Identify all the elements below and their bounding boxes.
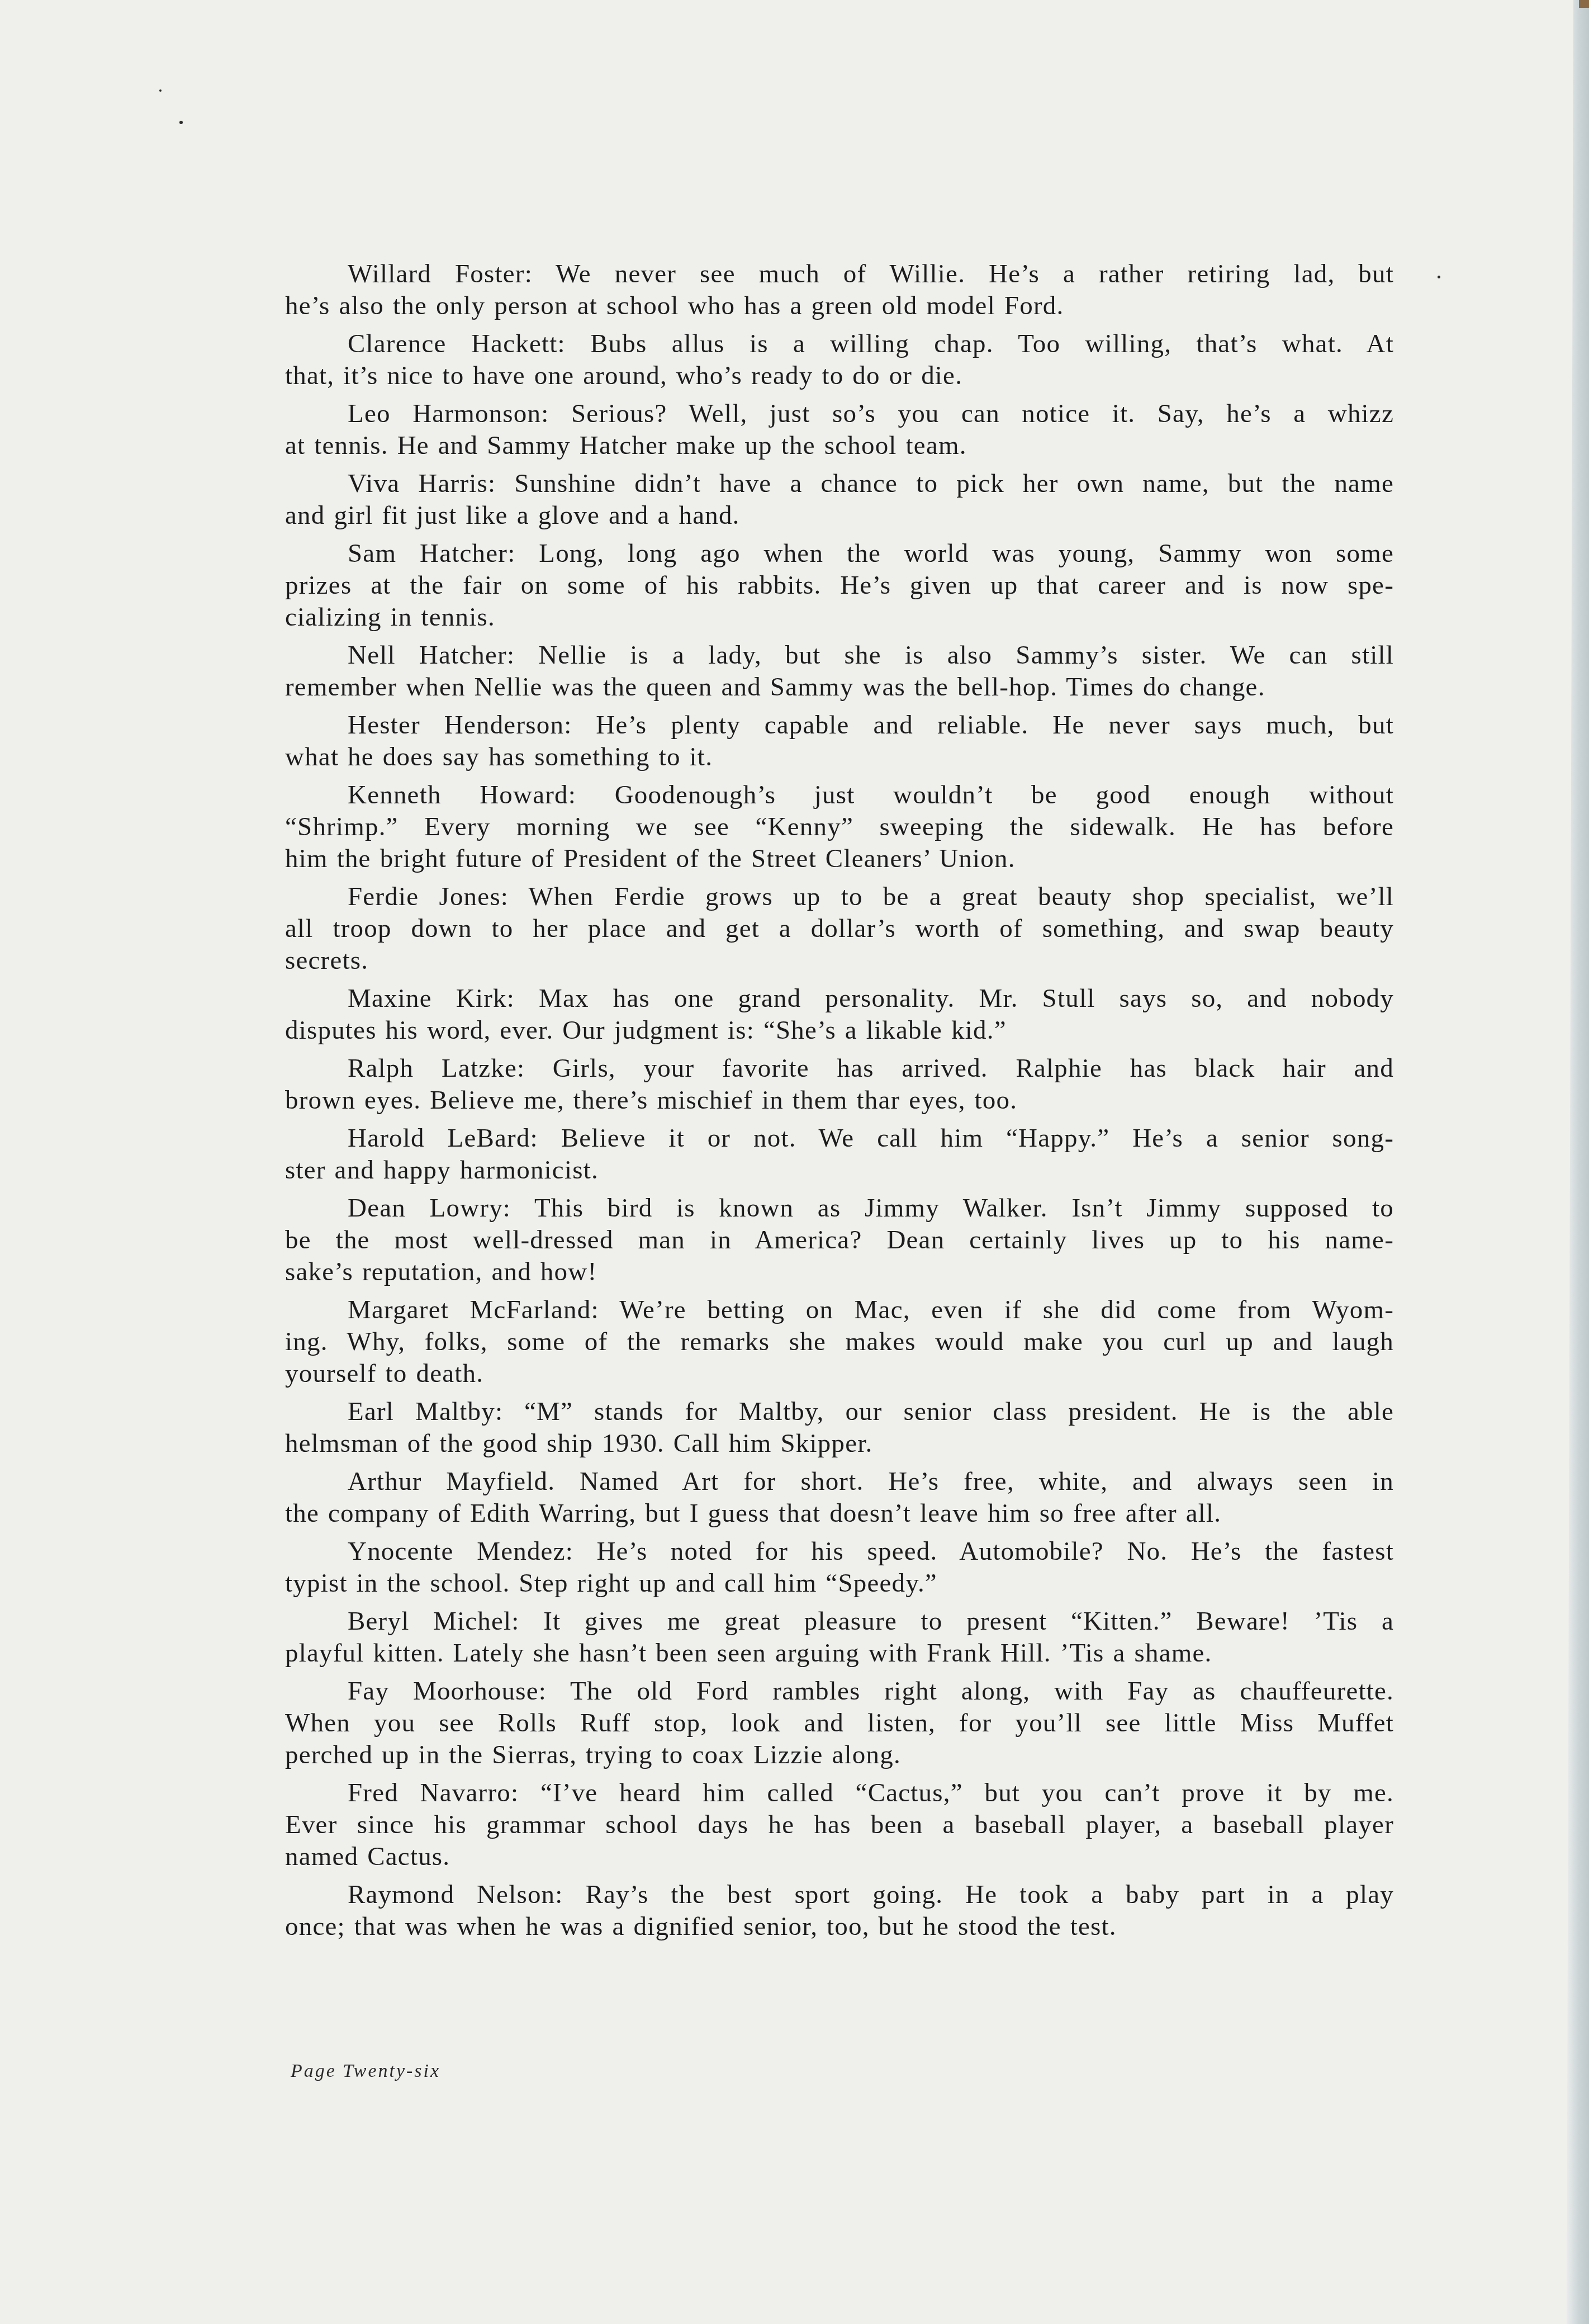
entry-nell-hatcher: Nell Hatcher: Nellie is a lady, but she …: [285, 640, 1394, 703]
entry-dean-lowry: Dean Lowry: This bird is known as Jimmy …: [285, 1192, 1394, 1288]
entry-sam-hatcher: Sam Hatcher: Long, long ago when the wor…: [285, 538, 1394, 633]
text-line: Beryl Michel: It gives me great pleasure…: [285, 1606, 1394, 1637]
text-line: Ferdie Jones: When Ferdie grows up to be…: [285, 881, 1394, 913]
text-line: Ynocente Mendez: He’s noted for his spee…: [285, 1536, 1394, 1568]
text-line: prizes at the fair on some of his rabbit…: [285, 570, 1394, 602]
text-line: brown eyes. Believe me, there’s mischief…: [285, 1085, 1394, 1116]
text-line: Margaret McFarland: We’re betting on Mac…: [285, 1294, 1394, 1326]
text-line: ster and happy harmonicist.: [285, 1154, 1394, 1186]
text-line: playful kitten. Lately she hasn’t been s…: [285, 1637, 1394, 1669]
text-line: Ralph Latzke: Girls, your favorite has a…: [285, 1053, 1394, 1085]
text-line: Ever since his grammar school days he ha…: [285, 1809, 1394, 1841]
text-line: he’s also the only person at school who …: [285, 290, 1394, 322]
entry-ferdie-jones: Ferdie Jones: When Ferdie grows up to be…: [285, 881, 1394, 977]
text-line: Kenneth Howard: Goodenough’s just wouldn…: [285, 779, 1394, 811]
entry-margaret-mcfarland: Margaret McFarland: We’re betting on Mac…: [285, 1294, 1394, 1390]
entry-hester-henderson: Hester Henderson: He’s plenty capable an…: [285, 709, 1394, 773]
text-line: Arthur Mayfield. Named Art for short. He…: [285, 1466, 1394, 1498]
entry-leo-harmonson: Leo Harmonson: Serious? Well, just so’s …: [285, 398, 1394, 462]
entry-clarence-hackett: Clarence Hackett: Bubs allus is a willin…: [285, 328, 1394, 392]
entry-fred-navarro: Fred Navarro: “I’ve heard him called “Ca…: [285, 1777, 1394, 1873]
text-line: cializing in tennis.: [285, 602, 1394, 633]
text-line: Maxine Kirk: Max has one grand personali…: [285, 983, 1394, 1015]
page-edge-shadow: [1567, 0, 1589, 2324]
text-line: “Shrimp.” Every morning we see “Kenny” s…: [285, 811, 1394, 843]
entry-ynocente-mendez: Ynocente Mendez: He’s noted for his spee…: [285, 1536, 1394, 1599]
text-line: When you see Rolls Ruff stop, look and l…: [285, 1707, 1394, 1739]
entry-raymond-nelson: Raymond Nelson: Ray’s the best sport goi…: [285, 1879, 1394, 1943]
text-line: Fay Moorhouse: The old Ford rambles righ…: [285, 1675, 1394, 1707]
text-line: Nell Hatcher: Nellie is a lady, but she …: [285, 640, 1394, 671]
text-line: Leo Harmonson: Serious? Well, just so’s …: [285, 398, 1394, 430]
entry-viva-harris: Viva Harris: Sunshine didn’t have a chan…: [285, 468, 1394, 532]
text-line: Earl Maltby: “M” stands for Maltby, our …: [285, 1396, 1394, 1428]
entry-arthur-mayfield: Arthur Mayfield. Named Art for short. He…: [285, 1466, 1394, 1530]
text-line: named Cactus.: [285, 1841, 1394, 1873]
text-line: Harold LeBard: Believe it or not. We cal…: [285, 1123, 1394, 1154]
text-line: what he does say has something to it.: [285, 741, 1394, 773]
entry-fay-moorhouse: Fay Moorhouse: The old Ford rambles righ…: [285, 1675, 1394, 1771]
paper-speck: [179, 121, 183, 124]
text-line: Dean Lowry: This bird is known as Jimmy …: [285, 1192, 1394, 1224]
text-line: remember when Nellie was the queen and S…: [285, 671, 1394, 703]
text-line: be the most well-dressed man in America?…: [285, 1224, 1394, 1256]
text-line: at tennis. He and Sammy Hatcher make up …: [285, 430, 1394, 462]
paper-speck: [159, 89, 162, 92]
text-line: him the bright future of President of th…: [285, 843, 1394, 875]
text-line: Hester Henderson: He’s plenty capable an…: [285, 709, 1394, 741]
text-line: Clarence Hackett: Bubs allus is a willin…: [285, 328, 1394, 360]
entry-beryl-michel: Beryl Michel: It gives me great pleasure…: [285, 1606, 1394, 1669]
senior-class-prophecy-text: Willard Foster: We never see much of Wil…: [285, 258, 1394, 1949]
entry-harold-lebard: Harold LeBard: Believe it or not. We cal…: [285, 1123, 1394, 1186]
text-line: ing. Why, folks, some of the remarks she…: [285, 1326, 1394, 1358]
text-line: Fred Navarro: “I’ve heard him called “Ca…: [285, 1777, 1394, 1809]
text-line: Viva Harris: Sunshine didn’t have a chan…: [285, 468, 1394, 500]
text-line: secrets.: [285, 945, 1394, 977]
text-line: Raymond Nelson: Ray’s the best sport goi…: [285, 1879, 1394, 1911]
text-line: disputes his word, ever. Our judgment is…: [285, 1015, 1394, 1047]
page-edge-binding: [1579, 0, 1589, 8]
text-line: the company of Edith Warring, but I gues…: [285, 1498, 1394, 1530]
text-line: helmsman of the good ship 1930. Call him…: [285, 1428, 1394, 1460]
text-line: typist in the school. Step right up and …: [285, 1568, 1394, 1599]
text-line: all troop down to her place and get a do…: [285, 913, 1394, 945]
text-line: sake’s reputation, and how!: [285, 1256, 1394, 1288]
entry-ralph-latzke: Ralph Latzke: Girls, your favorite has a…: [285, 1053, 1394, 1116]
paper-speck: [1438, 276, 1440, 278]
text-line: perched up in the Sierras, trying to coa…: [285, 1739, 1394, 1771]
text-line: yourself to death.: [285, 1358, 1394, 1390]
entry-kenneth-howard: Kenneth Howard: Goodenough’s just wouldn…: [285, 779, 1394, 875]
text-line: and girl fit just like a glove and a han…: [285, 500, 1394, 532]
text-line: that, it’s nice to have one around, who’…: [285, 360, 1394, 392]
text-line: once; that was when he was a dignified s…: [285, 1911, 1394, 1943]
entry-earl-maltby: Earl Maltby: “M” stands for Maltby, our …: [285, 1396, 1394, 1460]
entry-maxine-kirk: Maxine Kirk: Max has one grand personali…: [285, 983, 1394, 1047]
entry-willard-foster: Willard Foster: We never see much of Wil…: [285, 258, 1394, 322]
page-number-footer: Page Twenty-six: [291, 2061, 440, 2082]
text-line: Sam Hatcher: Long, long ago when the wor…: [285, 538, 1394, 570]
text-line: Willard Foster: We never see much of Wil…: [285, 258, 1394, 290]
